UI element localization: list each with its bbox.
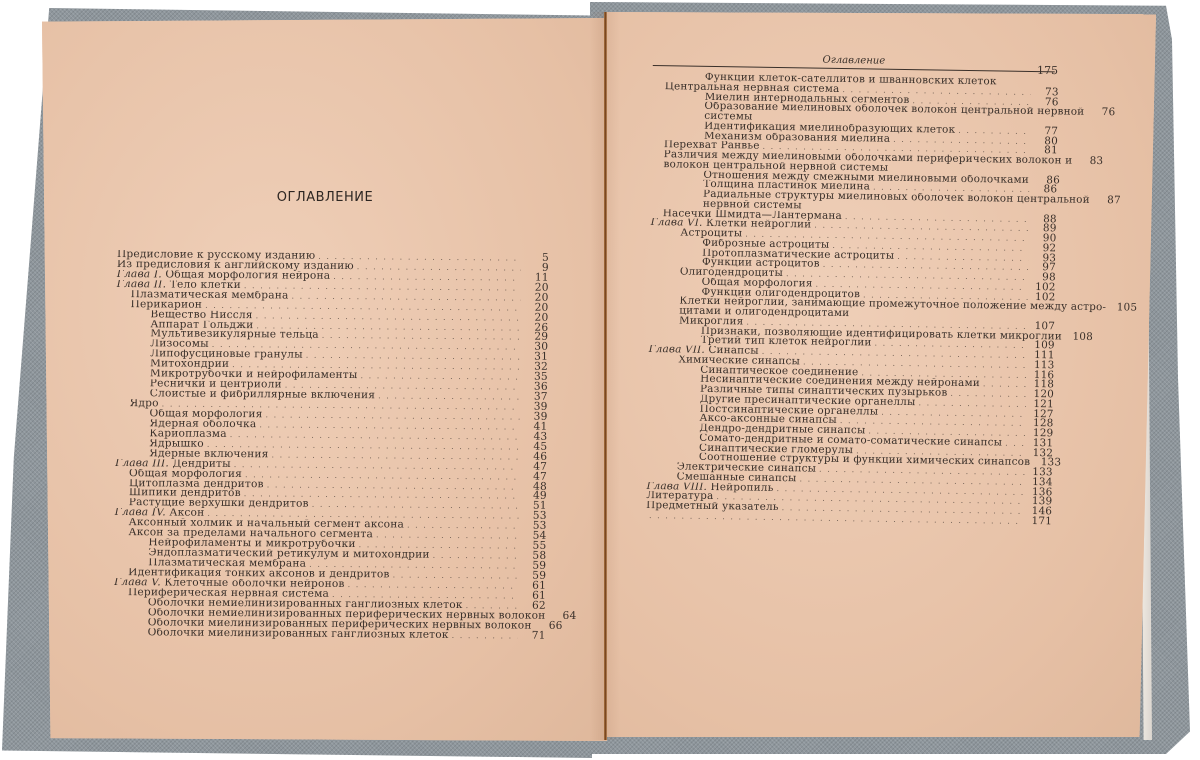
binding-thread	[604, 12, 607, 740]
toc-entry-label: Ядро	[116, 399, 162, 409]
leader-dots: ........................................…	[452, 631, 518, 642]
toc-entry-text: Перикарион	[130, 300, 202, 311]
toc-page-number: 105	[1109, 303, 1137, 313]
toc-entry-text: Аксон	[169, 508, 204, 519]
toc-page-number: 86	[1029, 185, 1057, 195]
toc-page-number: 62	[518, 601, 546, 611]
toc-entry-text: системы	[704, 111, 752, 122]
chapter-prefix: Глава IV.	[115, 508, 166, 518]
toc-page-number: 102	[1027, 292, 1055, 302]
toc-page-number: 76	[1087, 108, 1115, 118]
chapter-prefix: Глава V.	[114, 578, 161, 588]
leader-dots: ........................................…	[1005, 438, 1025, 448]
toc-entry-text: Дендриты	[173, 459, 231, 470]
toc-entry-text: Ядрышко	[149, 439, 204, 450]
toc-right: Функции клеток-сателлитов и шванновских …	[646, 72, 1059, 527]
toc-entry-text: Ядро	[130, 399, 159, 409]
toc-entry-text: Митохондрии	[150, 359, 229, 370]
toc-entry-text: Кариоплазма	[149, 429, 226, 440]
toc-page-number: 171	[1024, 517, 1052, 527]
leader-dots: ........................................…	[466, 601, 518, 611]
chapter-prefix: Глава I.	[117, 270, 162, 280]
toc-page-number: 71	[518, 631, 546, 641]
toc-page-number: 81	[1030, 146, 1058, 156]
page-title: ОГЛАВЛЕНИЕ	[255, 190, 395, 205]
toc-page-number: 76	[1030, 97, 1058, 107]
toc-entry-text: Синапсы	[708, 345, 759, 357]
chapter-prefix: Глава II.	[117, 280, 167, 290]
toc-page-number: 83	[1075, 157, 1103, 167]
toc-left: Предисловие к русскому изданию..........…	[114, 250, 549, 641]
toc-page-number: 107	[1027, 322, 1055, 332]
toc-page-number: 87	[1093, 196, 1121, 206]
toc-entry-text: Тело клетки	[170, 280, 241, 291]
toc-entry-text: Лизосомы	[150, 339, 209, 350]
toc-page-number: 108	[1065, 332, 1093, 342]
chapter-prefix: Глава III.	[115, 459, 169, 469]
page-number: 175	[1037, 64, 1058, 77]
